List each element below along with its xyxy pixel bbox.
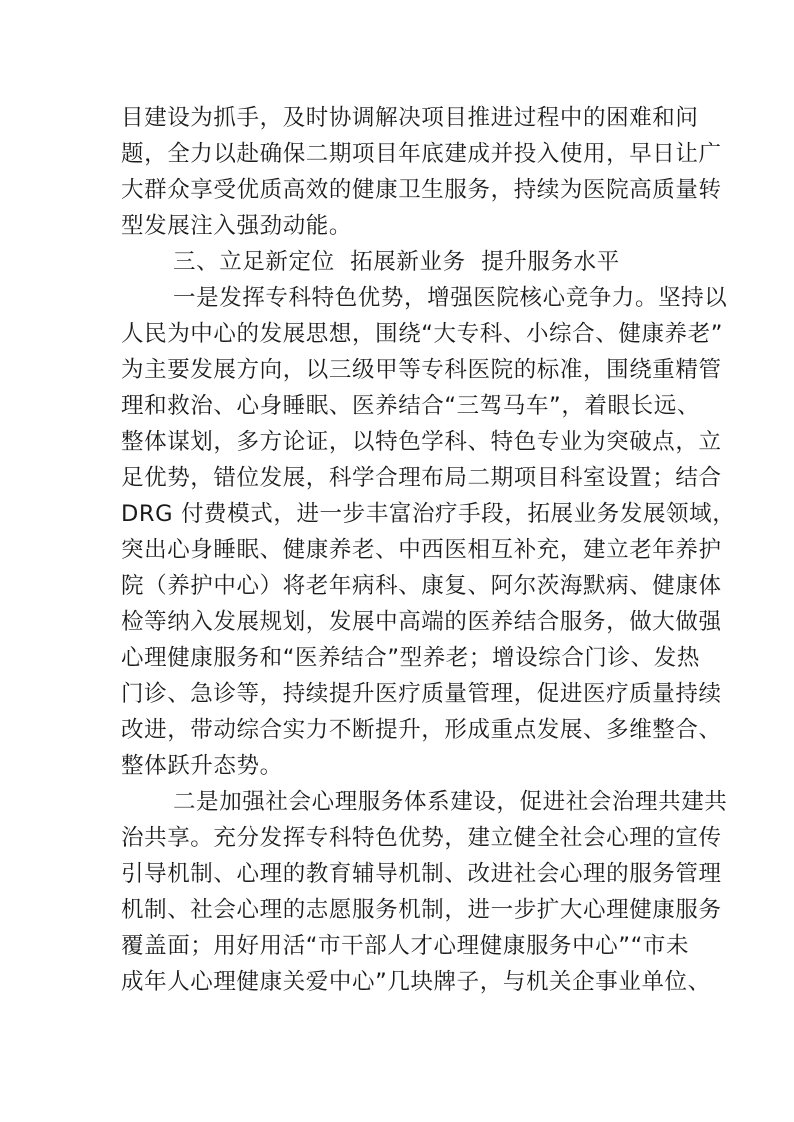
text-line: 机制、社会心理的志愿服务机制，进一步扩大心理健康服务 xyxy=(121,892,673,928)
text-line: 门诊、急诊等，持续提升医疗质量管理，促进医疗质量持续 xyxy=(121,676,673,712)
text-line: 心理健康服务和“医养结合”型养老；增设综合门诊、发热 xyxy=(121,640,673,676)
section-heading-text: 三、立足新定位 拓展新业务 提升服务水平 xyxy=(121,244,673,280)
text-line: 改进，带动综合实力不断提升，形成重点发展、多维整合、 xyxy=(121,712,673,748)
text-line: 突出心身睡眠、健康养老、中西医相互补充，建立老年养护 xyxy=(121,532,673,568)
document-body: 目建设为抓手，及时协调解决项目推进过程中的困难和问 题，全力以赴确保二期项目年底… xyxy=(121,100,673,1000)
text-line: 型发展注入强劲动能。 xyxy=(121,208,673,244)
text-line: 理和救治、心身睡眠、医养结合“三驾马车”，着眼长远、 xyxy=(121,388,673,424)
text-line: 人民为中心的发展思想，围绕“大专科、小综合、健康养老” xyxy=(121,316,673,352)
text-line: 引导机制、心理的教育辅导机制、改进社会心理的服务管理 xyxy=(121,856,673,892)
paragraph-social-psychology-service: 二是加强社会心理服务体系建设，促进社会治理共建共 治共享。充分发挥专科特色优势，… xyxy=(121,784,673,1000)
text-line: DRG 付费模式，进一步丰富治疗手段，拓展业务发展领域， xyxy=(121,496,673,532)
section-heading: 三、立足新定位 拓展新业务 提升服务水平 xyxy=(121,244,673,280)
text-line: 覆盖面；用好用活“市干部人才心理健康服务中心”“市未 xyxy=(121,928,673,964)
text-line: 检等纳入发展规划，发展中高端的医养结合服务，做大做强 xyxy=(121,604,673,640)
text-line: 院（养护中心）将老年病科、康复、阿尔茨海默病、健康体 xyxy=(121,568,673,604)
text-line: 目建设为抓手，及时协调解决项目推进过程中的困难和问 xyxy=(121,100,673,136)
paragraph-specialty-advantage: 一是发挥专科特色优势，增强医院核心竞争力。坚持以 人民为中心的发展思想，围绕“大… xyxy=(121,280,673,784)
text-line: 为主要发展方向，以三级甲等专科医院的标准，围绕重精管 xyxy=(121,352,673,388)
text-line: 整体跃升态势。 xyxy=(121,748,673,784)
text-line: 二是加强社会心理服务体系建设，促进社会治理共建共 xyxy=(121,784,673,820)
text-line: 成年人心理健康关爱中心”几块牌子，与机关企事业单位、 xyxy=(121,964,673,1000)
text-line: 大群众享受优质高效的健康卫生服务，持续为医院高质量转 xyxy=(121,172,673,208)
text-line: 治共享。充分发挥专科特色优势，建立健全社会心理的宣传 xyxy=(121,820,673,856)
text-line: 足优势，错位发展，科学合理布局二期项目科室设置；结合 xyxy=(121,460,673,496)
paragraph-project-continuation: 目建设为抓手，及时协调解决项目推进过程中的困难和问 题，全力以赴确保二期项目年底… xyxy=(121,100,673,244)
document-page: 目建设为抓手，及时协调解决项目推进过程中的困难和问 题，全力以赴确保二期项目年底… xyxy=(0,0,794,1122)
text-line: 整体谋划，多方论证，以特色学科、特色专业为突破点，立 xyxy=(121,424,673,460)
text-line: 题，全力以赴确保二期项目年底建成并投入使用，早日让广 xyxy=(121,136,673,172)
text-line: 一是发挥专科特色优势，增强医院核心竞争力。坚持以 xyxy=(121,280,673,316)
